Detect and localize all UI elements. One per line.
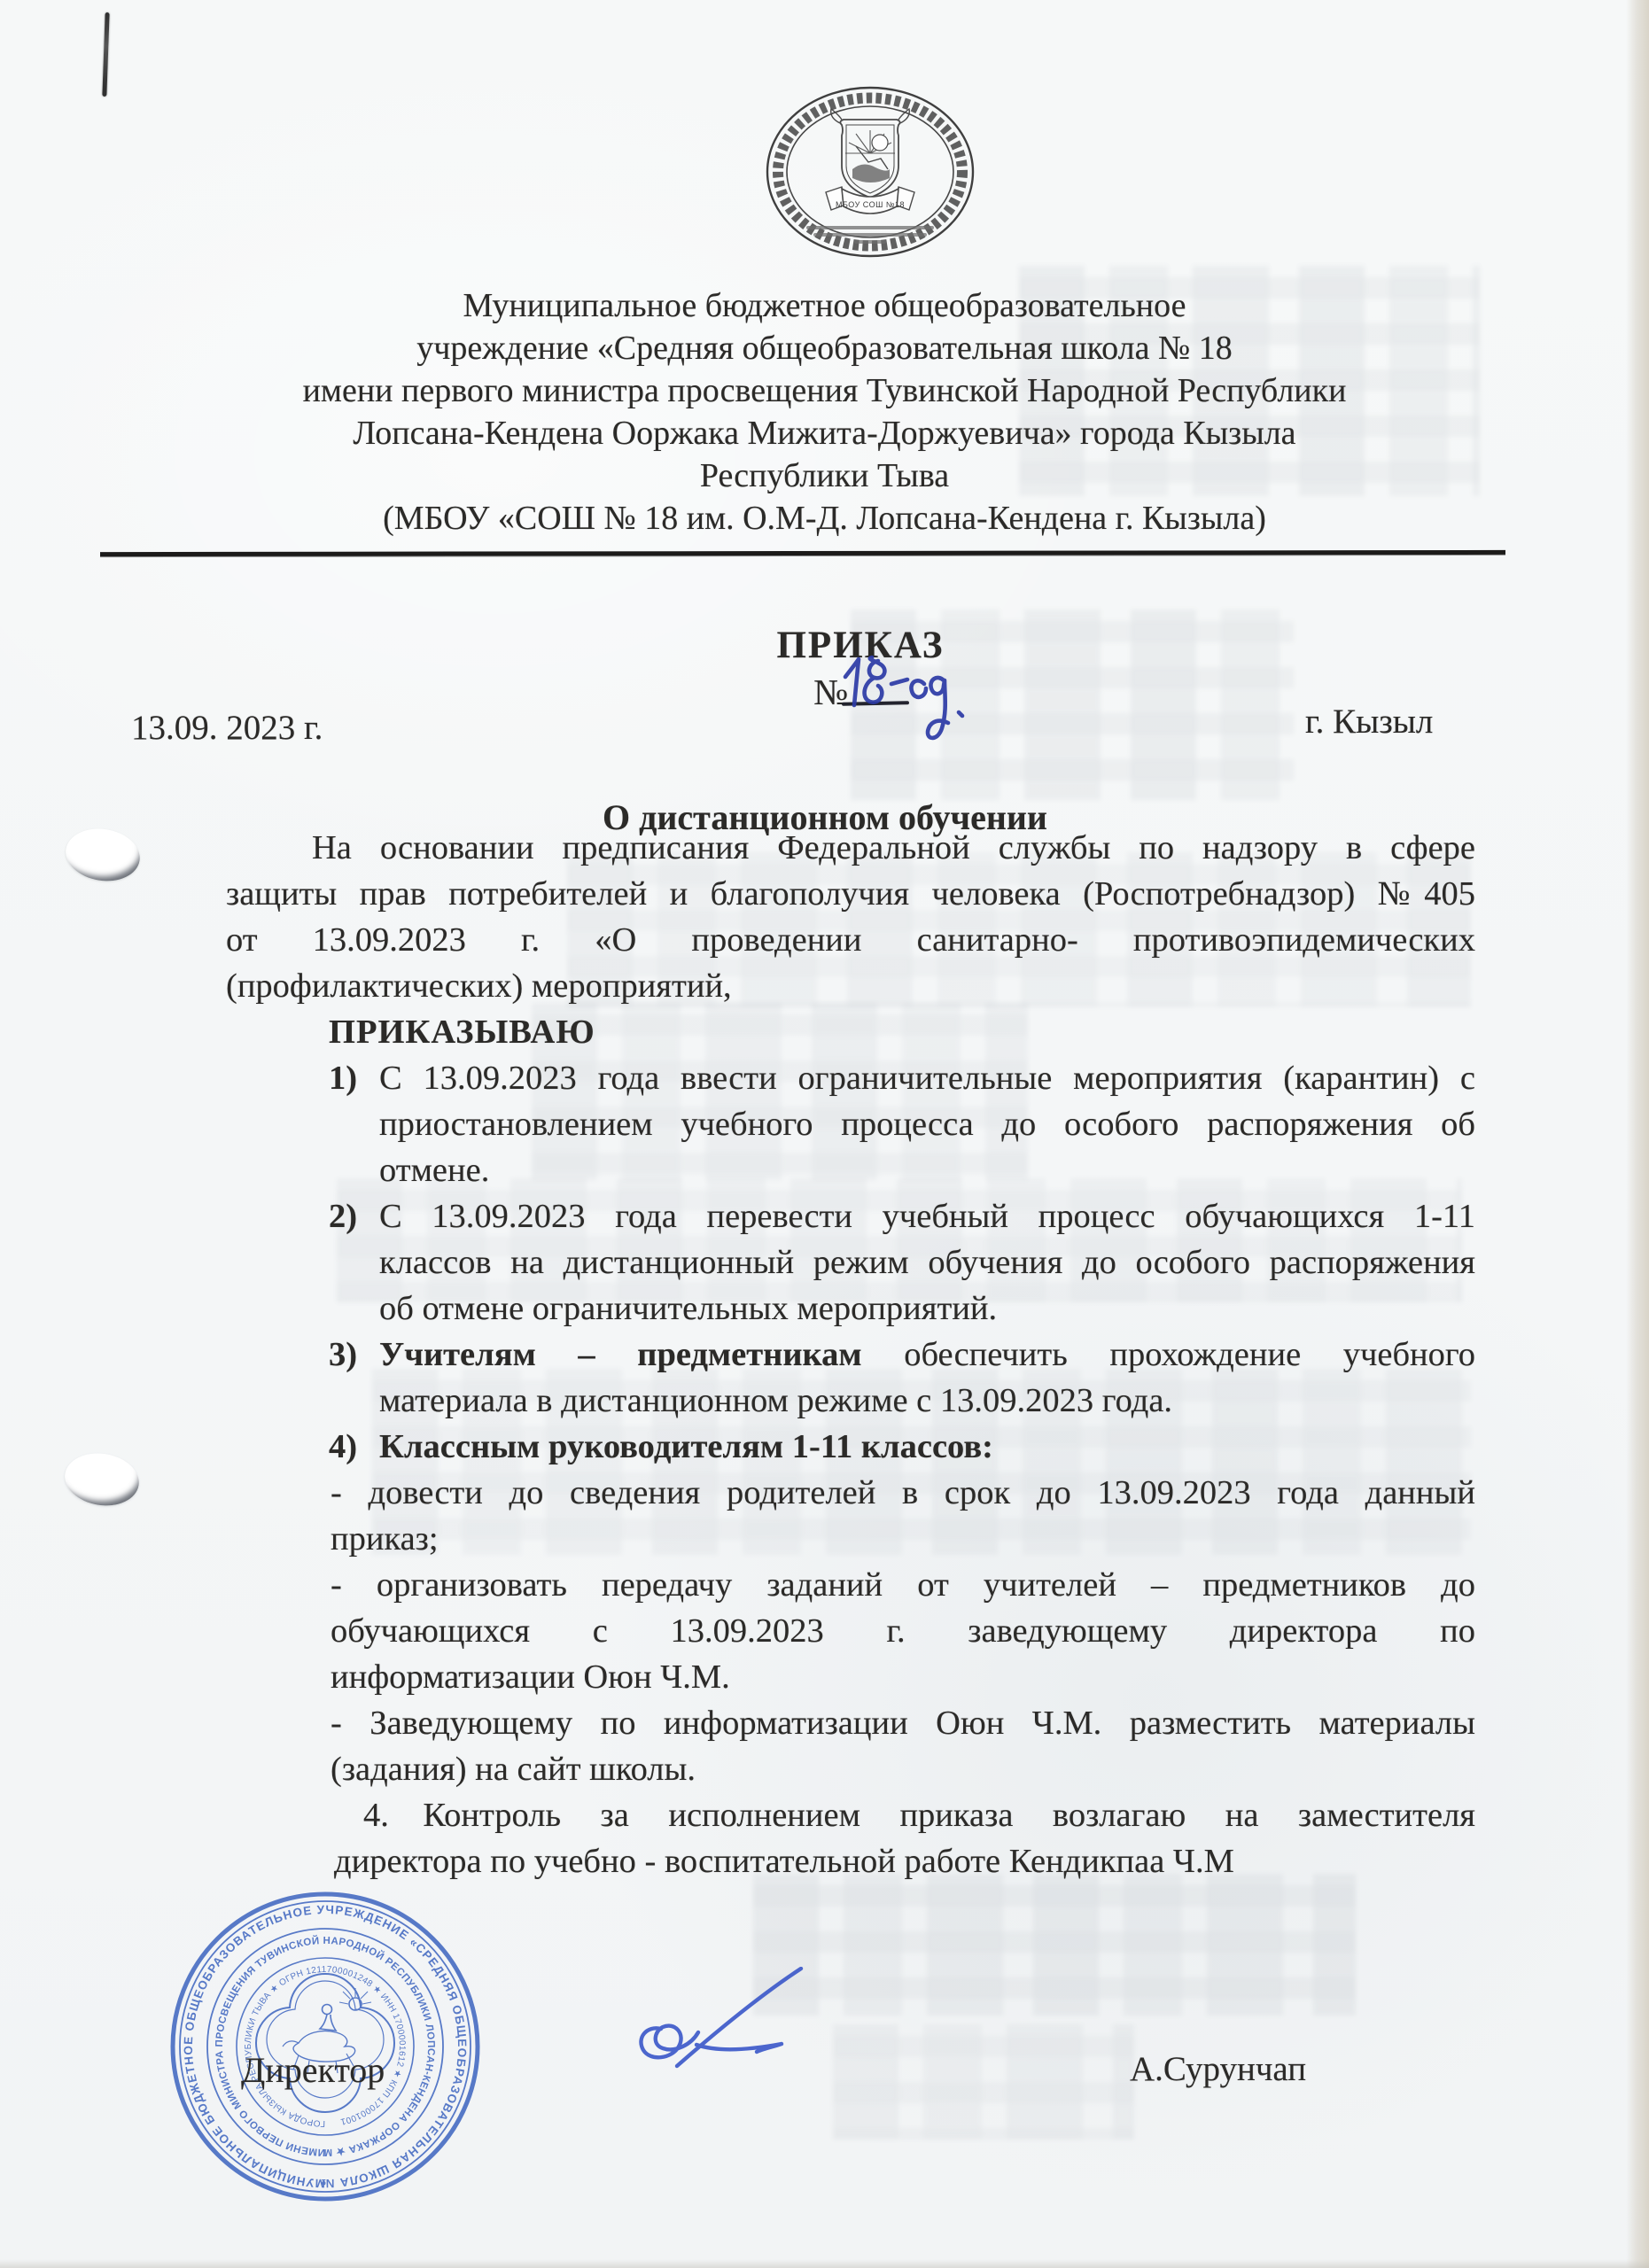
stamp-graphic: МУНИЦИПАЛЬНОЕ БЮДЖЕТНОЕ ОБЩЕОБРАЗОВАТЕЛЬ… xyxy=(166,1887,485,2206)
body-line: - организовать передачу заданий от учите… xyxy=(331,1562,1475,1608)
body-block-dash: - довести до сведения родителей в срок д… xyxy=(331,1470,1475,1562)
body-line: отмене. xyxy=(379,1147,1475,1193)
body-line: материала в дистанционном режиме с 13.09… xyxy=(379,1378,1475,1424)
body-line: На основании предписания Федеральной слу… xyxy=(226,825,1475,871)
emblem-ribbon-text: МБОУ СОШ №18 xyxy=(836,200,905,209)
body-line: - довести до сведения родителей в срок д… xyxy=(331,1470,1475,1516)
school-emblem: МБОУ СОШ №18 xyxy=(764,84,976,260)
list-item-marker: 2) xyxy=(329,1193,357,1239)
list-item-marker: 1) xyxy=(329,1055,357,1101)
stamp-inner-ring-text: ГОРОДА КЫЗЫЛА РЕСПУБЛИКИ ТЫВА ★ ОГРН 121… xyxy=(244,1965,407,2128)
body-line: С 13.09.2023 года перевести учебный проц… xyxy=(379,1193,1475,1239)
handwritten-order-number xyxy=(836,650,966,750)
body-line: Классным руководителям 1-11 классов: xyxy=(379,1424,1475,1470)
body-line: С 13.09.2023 года ввести ограничительные… xyxy=(379,1055,1475,1101)
order-city: г. Кызыл xyxy=(1305,702,1433,742)
body-line: - Заведующему по информатизации Оюн Ч.М.… xyxy=(331,1700,1475,1746)
order-date: 13.09. 2023 г. xyxy=(131,708,323,748)
letterhead-line: (МБОУ «СОШ № 18 им. О.М-Д. Лопсана-Кенде… xyxy=(0,497,1649,540)
emblem-shield xyxy=(831,109,910,198)
body-block-item: 3)Учителям – предметникам обеспечить про… xyxy=(329,1332,1475,1424)
director-signature xyxy=(620,1967,833,2086)
letterhead: Муниципальное бюджетное общеобразователь… xyxy=(0,284,1649,540)
body-line: ПРИКАЗЫВАЮ xyxy=(329,1009,1475,1055)
body-line: директора по учебно - воспитательной раб… xyxy=(334,1838,1475,1884)
scanned-order-page: МБОУ СОШ №18 Муниципальное бюджетное общ… xyxy=(0,0,1649,2268)
letterhead-line: Муниципальное бюджетное общеобразователь… xyxy=(0,284,1649,327)
body-block-intro: На основании предписания Федеральной слу… xyxy=(226,825,1475,1009)
letterhead-line: Республики Тыва xyxy=(0,454,1649,497)
body-line: защиты прав потребителей и благополучия … xyxy=(226,871,1475,917)
body-line: Учителям – предметникам обеспечить прохо… xyxy=(379,1332,1475,1378)
body-line: об отмене ограничительных мероприятий. xyxy=(379,1285,1475,1332)
body-line: классов на дистанционный режим обучения … xyxy=(379,1239,1475,1285)
school-emblem-graphic: МБОУ СОШ №18 xyxy=(764,84,976,260)
body-line: приостановлением учебного процесса до ос… xyxy=(379,1101,1475,1147)
letterhead-line: учреждение «Средняя общеобразовательная … xyxy=(0,327,1649,369)
scan-edge-bottom xyxy=(0,2259,1649,2268)
body-line: 4. Контроль за исполнением приказа возла… xyxy=(334,1792,1475,1838)
body-line: информатизации Оюн Ч.М. xyxy=(331,1654,1475,1700)
body-block-dash: - организовать передачу заданий от учите… xyxy=(331,1562,1475,1700)
body-block-item: 4)Классным руководителям 1-11 классов: xyxy=(329,1424,1475,1470)
body-block-resolution: ПРИКАЗЫВАЮ xyxy=(329,1009,1475,1055)
director-name: А.Сурунчап xyxy=(1130,2049,1306,2089)
body-line: (профилактических) мероприятий, xyxy=(226,963,1475,1009)
body-block-item: 2)С 13.09.2023 года перевести учебный пр… xyxy=(329,1193,1475,1332)
director-position-label: Директор xyxy=(241,2049,385,2091)
body-block-control: 4. Контроль за исполнением приказа возла… xyxy=(334,1792,1475,1884)
body-block-item: 1)С 13.09.2023 года ввести ограничительн… xyxy=(329,1055,1475,1193)
emblem-ribbon: МБОУ СОШ №18 xyxy=(826,187,914,214)
handwritten-number-ink xyxy=(836,650,966,750)
stamp-quatrefoil xyxy=(256,1974,394,2112)
signature-ink xyxy=(620,1967,833,2086)
bleedthrough-ghost xyxy=(753,1874,1356,2016)
order-body: На основании предписания Федеральной слу… xyxy=(226,825,1475,1884)
school-round-stamp: МУНИЦИПАЛЬНОЕ БЮДЖЕТНОЕ ОБЩЕОБРАЗОВАТЕЛЬ… xyxy=(166,1887,485,2206)
letterhead-line: имени первого министра просвещения Тувин… xyxy=(0,369,1649,412)
list-item-marker: 3) xyxy=(329,1332,357,1378)
list-item-marker: 4) xyxy=(329,1424,357,1470)
pen-mark-artifact xyxy=(102,12,109,97)
body-line: от 13.09.2023 г. «О проведении санитарно… xyxy=(226,917,1475,963)
svg-text:ГОРОДА КЫЗЫЛА РЕСПУБЛИКИ ТЫВА: ГОРОДА КЫЗЫЛА РЕСПУБЛИКИ ТЫВА ★ ОГРН 121… xyxy=(244,1965,407,2128)
body-block-dash: - Заведующему по информатизации Оюн Ч.М.… xyxy=(331,1700,1475,1792)
letterhead-divider-rule xyxy=(100,550,1505,556)
bleedthrough-ghost xyxy=(833,2024,1134,2140)
letterhead-line: Лопсана-Кендена Ооржака Мижита-Доржуевич… xyxy=(0,412,1649,454)
body-line: приказ; xyxy=(331,1516,1475,1562)
body-line: обучающихся с 13.09.2023 г. заведующему … xyxy=(331,1608,1475,1654)
body-line: (задания) на сайт школы. xyxy=(331,1746,1475,1792)
punch-hole-bottom xyxy=(61,1449,143,1511)
